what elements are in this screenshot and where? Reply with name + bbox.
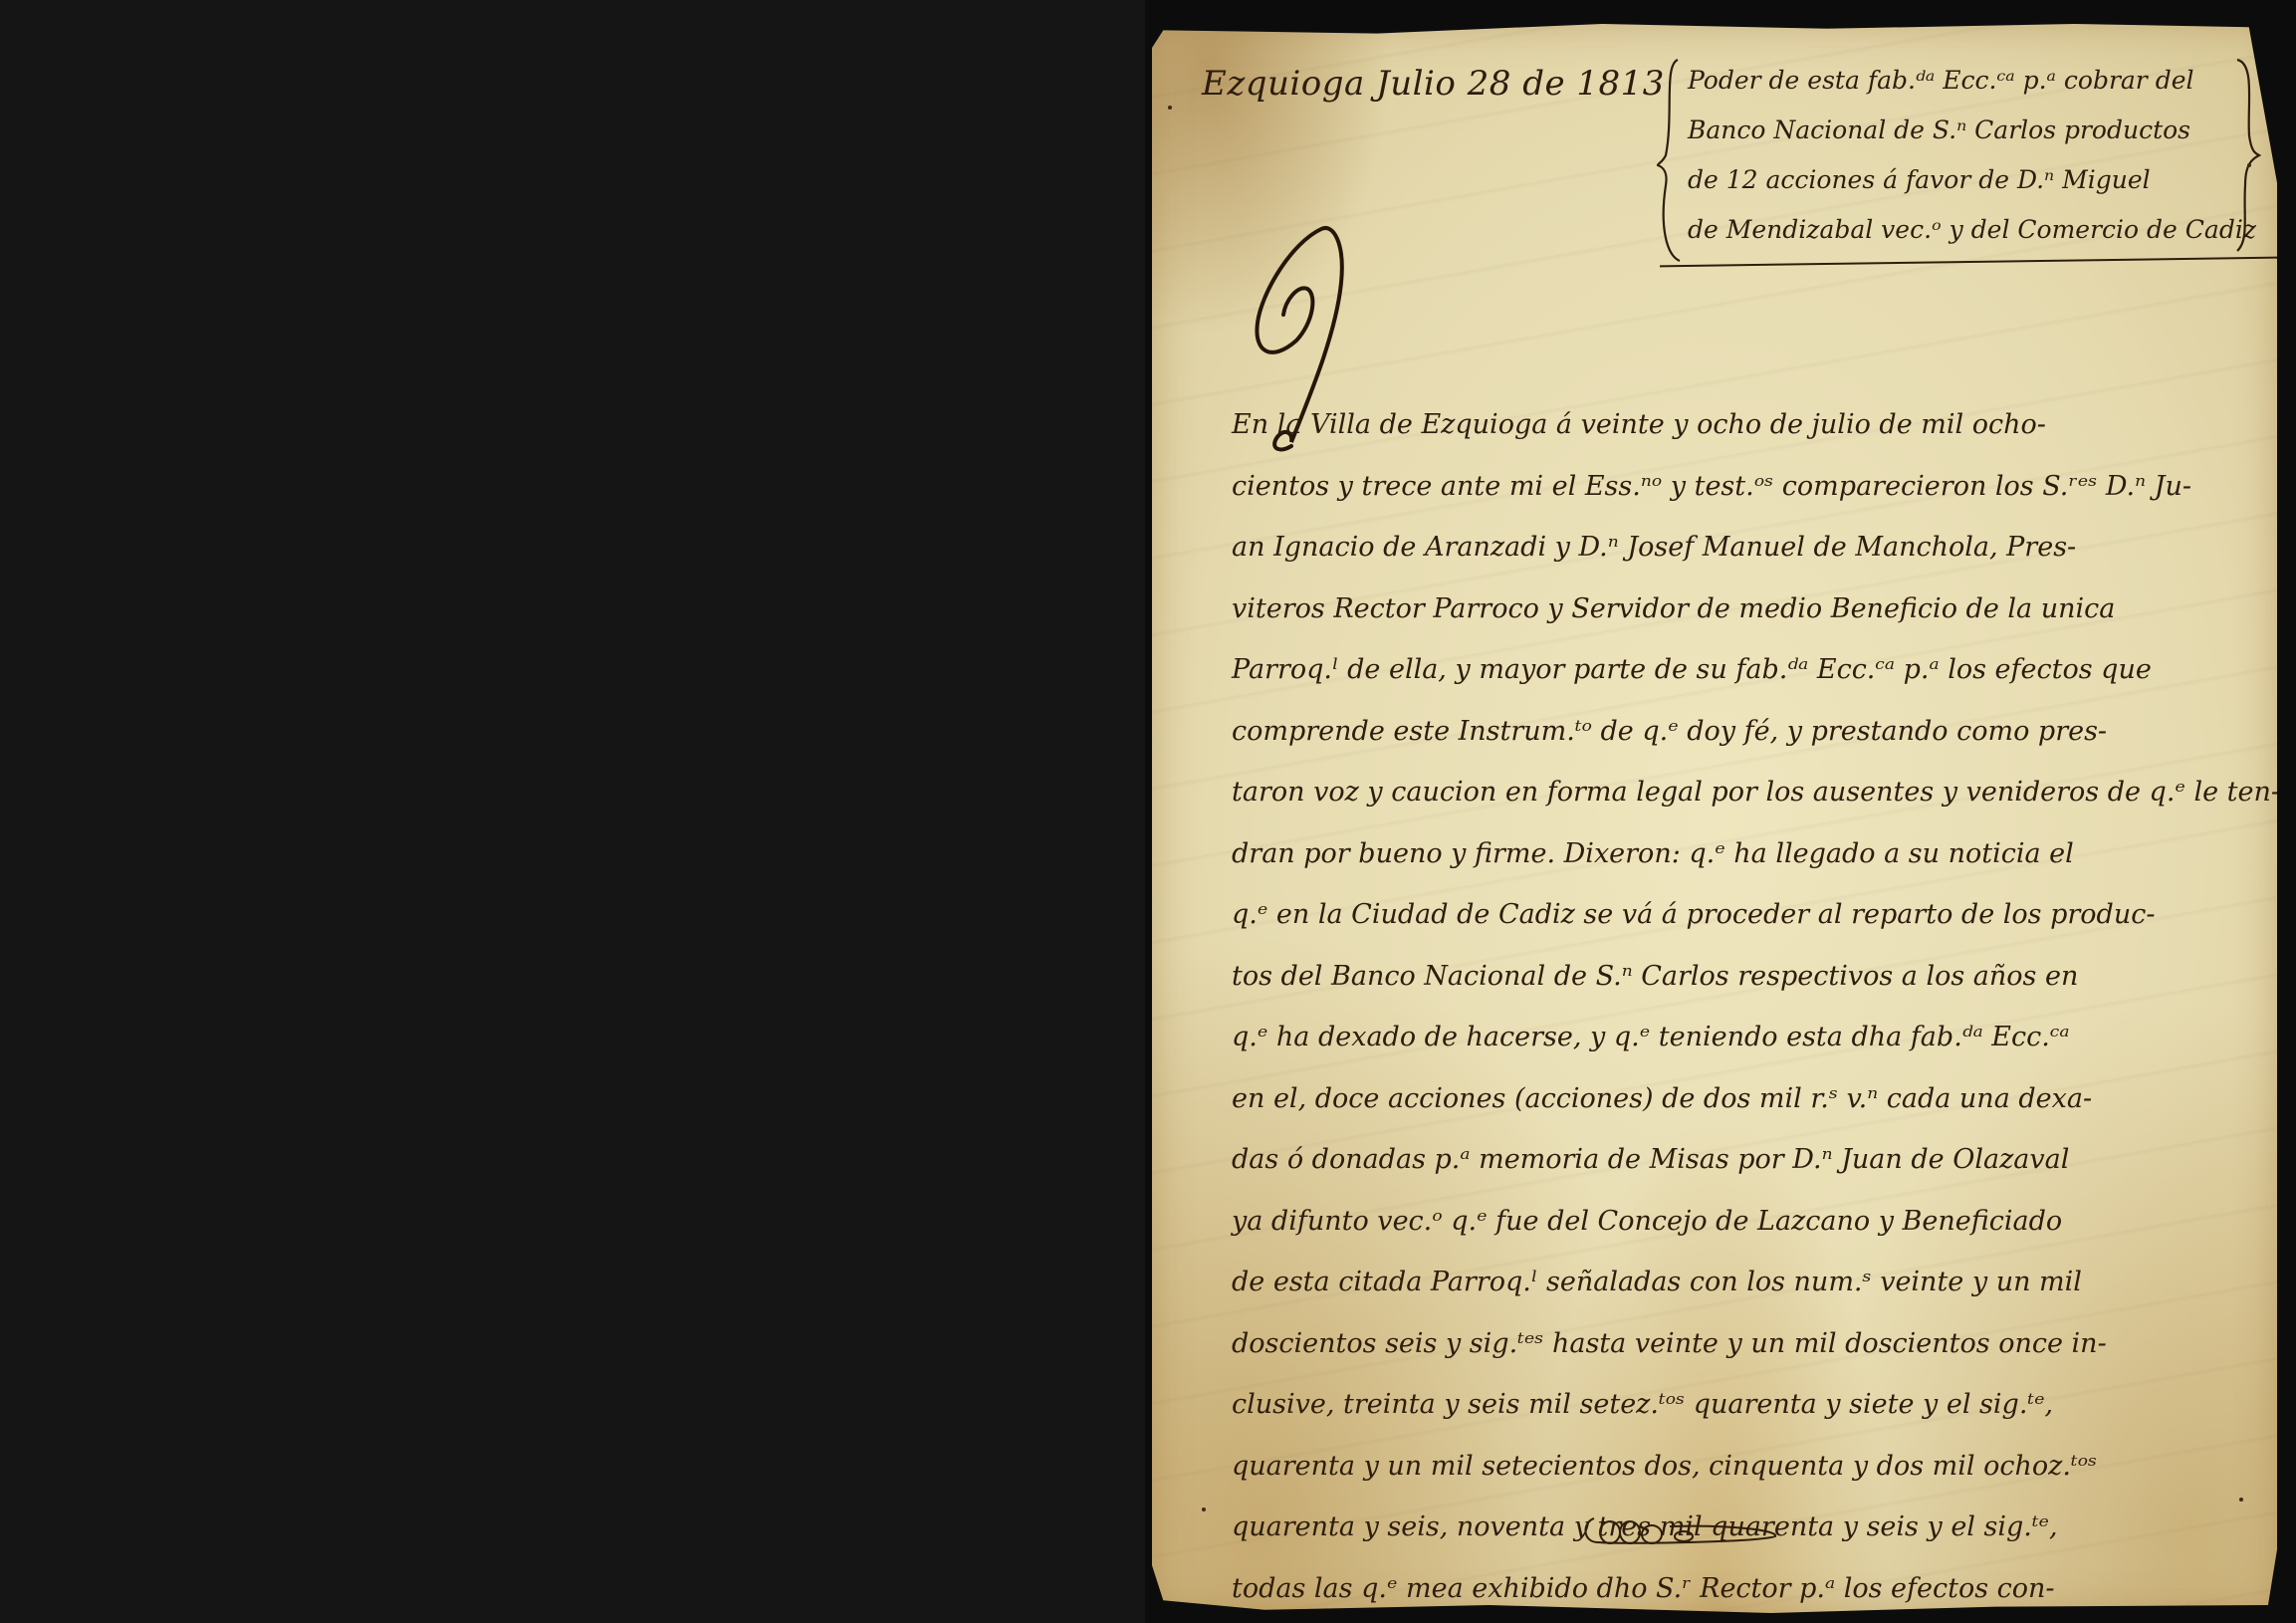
margin-note-line: Banco Nacional de S.ⁿ Carlos productos [1688,106,2215,155]
body-line: q.ᵉ ha dexado de hacerse, y q.ᵉ teniendo… [1232,1007,2207,1068]
left-brace-icon [1656,56,1684,265]
body-line: comprende este Instrum.ᵗᵒ de q.ᵉ doy fé,… [1232,701,2207,763]
body-line: viteros Rector Parroco y Servidor de med… [1232,579,2207,640]
body-line: taron voz y caucion en forma legal por l… [1232,762,2207,823]
body-line: doscientos seis y sig.ᵗᵉˢ hasta veinte y… [1232,1313,2207,1375]
right-brace-icon [2233,56,2261,255]
body-line: de esta citada Parroq.ˡ señaladas con lo… [1232,1252,2207,1313]
margin-summary-note: Poder de esta fab.ᵈᵃ Ecc.ᶜᵃ p.ᵃ cobrar d… [1660,56,2235,255]
viewer-canvas: Ezquioga Julio 28 de 1813 Poder de esta … [0,0,2296,1623]
body-line: dran por bueno y firme. Dixeron: q.ᵉ ha … [1232,823,2207,885]
closing-rubric-flourish-icon [1580,1512,1779,1552]
notarial-body-text: En la Villa de Ezquioga á veinte y ocho … [1232,394,2207,1619]
manuscript-page: Ezquioga Julio 28 de 1813 Poder de esta … [1152,24,2277,1613]
margin-note-line: de Mendizabal vec.ᵒ y del Comercio de Ca… [1688,205,2215,255]
body-line: Parroq.ˡ de ella, y mayor parte de su fa… [1232,639,2207,701]
ink-speck [2239,1498,2243,1502]
margin-note-line: de 12 acciones á favor de D.ⁿ Miguel [1688,155,2215,205]
ink-speck [2247,163,2251,167]
body-line: quarenta y un mil setecientos dos, cinqu… [1232,1436,2207,1498]
body-line: an Ignacio de Aranzadi y D.ⁿ Josef Manue… [1232,517,2207,579]
body-line: En la Villa de Ezquioga á veinte y ocho … [1232,394,2207,456]
ink-speck [1168,106,1172,110]
body-line: ya difunto vec.ᵒ q.ᵉ fue del Concejo de … [1232,1191,2207,1253]
place-date-heading: Ezquioga Julio 28 de 1813 [1202,64,1665,104]
body-line: das ó donadas p.ᵃ memoria de Misas por D… [1232,1129,2207,1191]
margin-note-rule [1660,257,2277,268]
body-line: en el, doce acciones (acciones) de dos m… [1232,1068,2207,1130]
body-line: cientos y trece ante mi el Ess.ⁿᵒ y test… [1232,456,2207,518]
body-line: q.ᵉ en la Ciudad de Cadiz se vá á proced… [1232,884,2207,946]
margin-note-line: Poder de esta fab.ᵈᵃ Ecc.ᶜᵃ p.ᵃ cobrar d… [1688,56,2215,106]
ink-speck [1202,1507,1206,1511]
body-line: tos del Banco Nacional de S.ⁿ Carlos res… [1232,946,2207,1008]
body-line: clusive, treinta y seis mil setez.ᵗᵒˢ qu… [1232,1374,2207,1436]
